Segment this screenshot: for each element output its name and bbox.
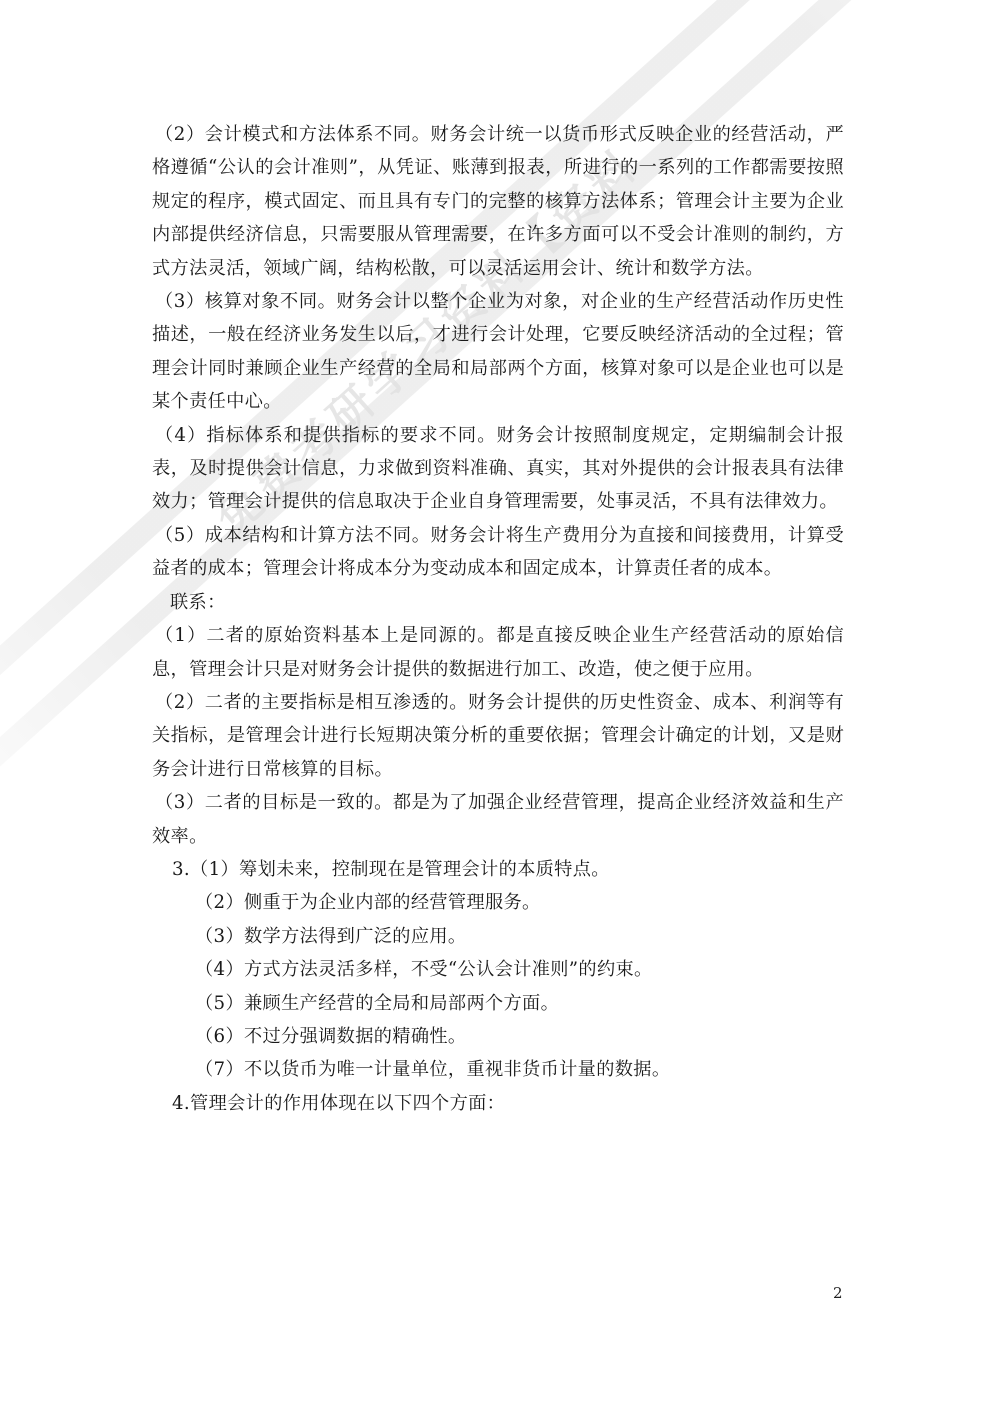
section-3-item-7: （7）不以货币为唯一计量单位，重视非货币计量的数据。	[152, 1053, 844, 1086]
section-3-item-3: （3）数学方法得到广泛的应用。	[152, 920, 844, 953]
section-3-item-6: （6）不过分强调数据的精确性。	[152, 1020, 844, 1053]
relation-heading: 联系：	[152, 586, 844, 619]
paragraph-difference-5: （5）成本结构和计算方法不同。财务会计将生产费用分为直接和间接费用，计算受益者的…	[152, 519, 844, 586]
paragraph-relation-2: （2）二者的主要指标是相互渗透的。财务会计提供的历史性资金、成本、利润等有关指标…	[152, 686, 844, 786]
paragraph-relation-1: （1）二者的原始资料基本上是同源的。都是直接反映企业生产经营活动的原始信息，管理…	[152, 619, 844, 686]
paragraph-relation-3: （3）二者的目标是一致的。都是为了加强企业经营管理，提高企业经济效益和生产效率。	[152, 786, 844, 853]
page-number: 2	[833, 1284, 843, 1302]
section-4-heading: 4.管理会计的作用体现在以下四个方面：	[152, 1087, 844, 1120]
section-3-item-1: 3.（1）筹划未来，控制现在是管理会计的本质特点。	[152, 853, 844, 886]
document-page: 免费考研学习资料【资料 （2）会计模式和方法体系不同。财务会计统一以货币形式反映…	[0, 0, 993, 1404]
paragraph-difference-4: （4）指标体系和提供指标的要求不同。财务会计按照制度规定，定期编制会计报表，及时…	[152, 419, 844, 519]
paragraph-difference-2: （2）会计模式和方法体系不同。财务会计统一以货币形式反映企业的经营活动，严格遵循…	[152, 118, 844, 285]
paragraph-difference-3: （3）核算对象不同。财务会计以整个企业为对象，对企业的生产经营活动作历史性描述，…	[152, 285, 844, 419]
document-body: （2）会计模式和方法体系不同。财务会计统一以货币形式反映企业的经营活动，严格遵循…	[152, 118, 844, 1120]
section-3-item-4: （4）方式方法灵活多样，不受“公认会计准则”的约束。	[152, 953, 844, 986]
section-3-item-5: （5）兼顾生产经营的全局和局部两个方面。	[152, 987, 844, 1020]
section-3-item-2: （2）侧重于为企业内部的经营管理服务。	[152, 886, 844, 919]
